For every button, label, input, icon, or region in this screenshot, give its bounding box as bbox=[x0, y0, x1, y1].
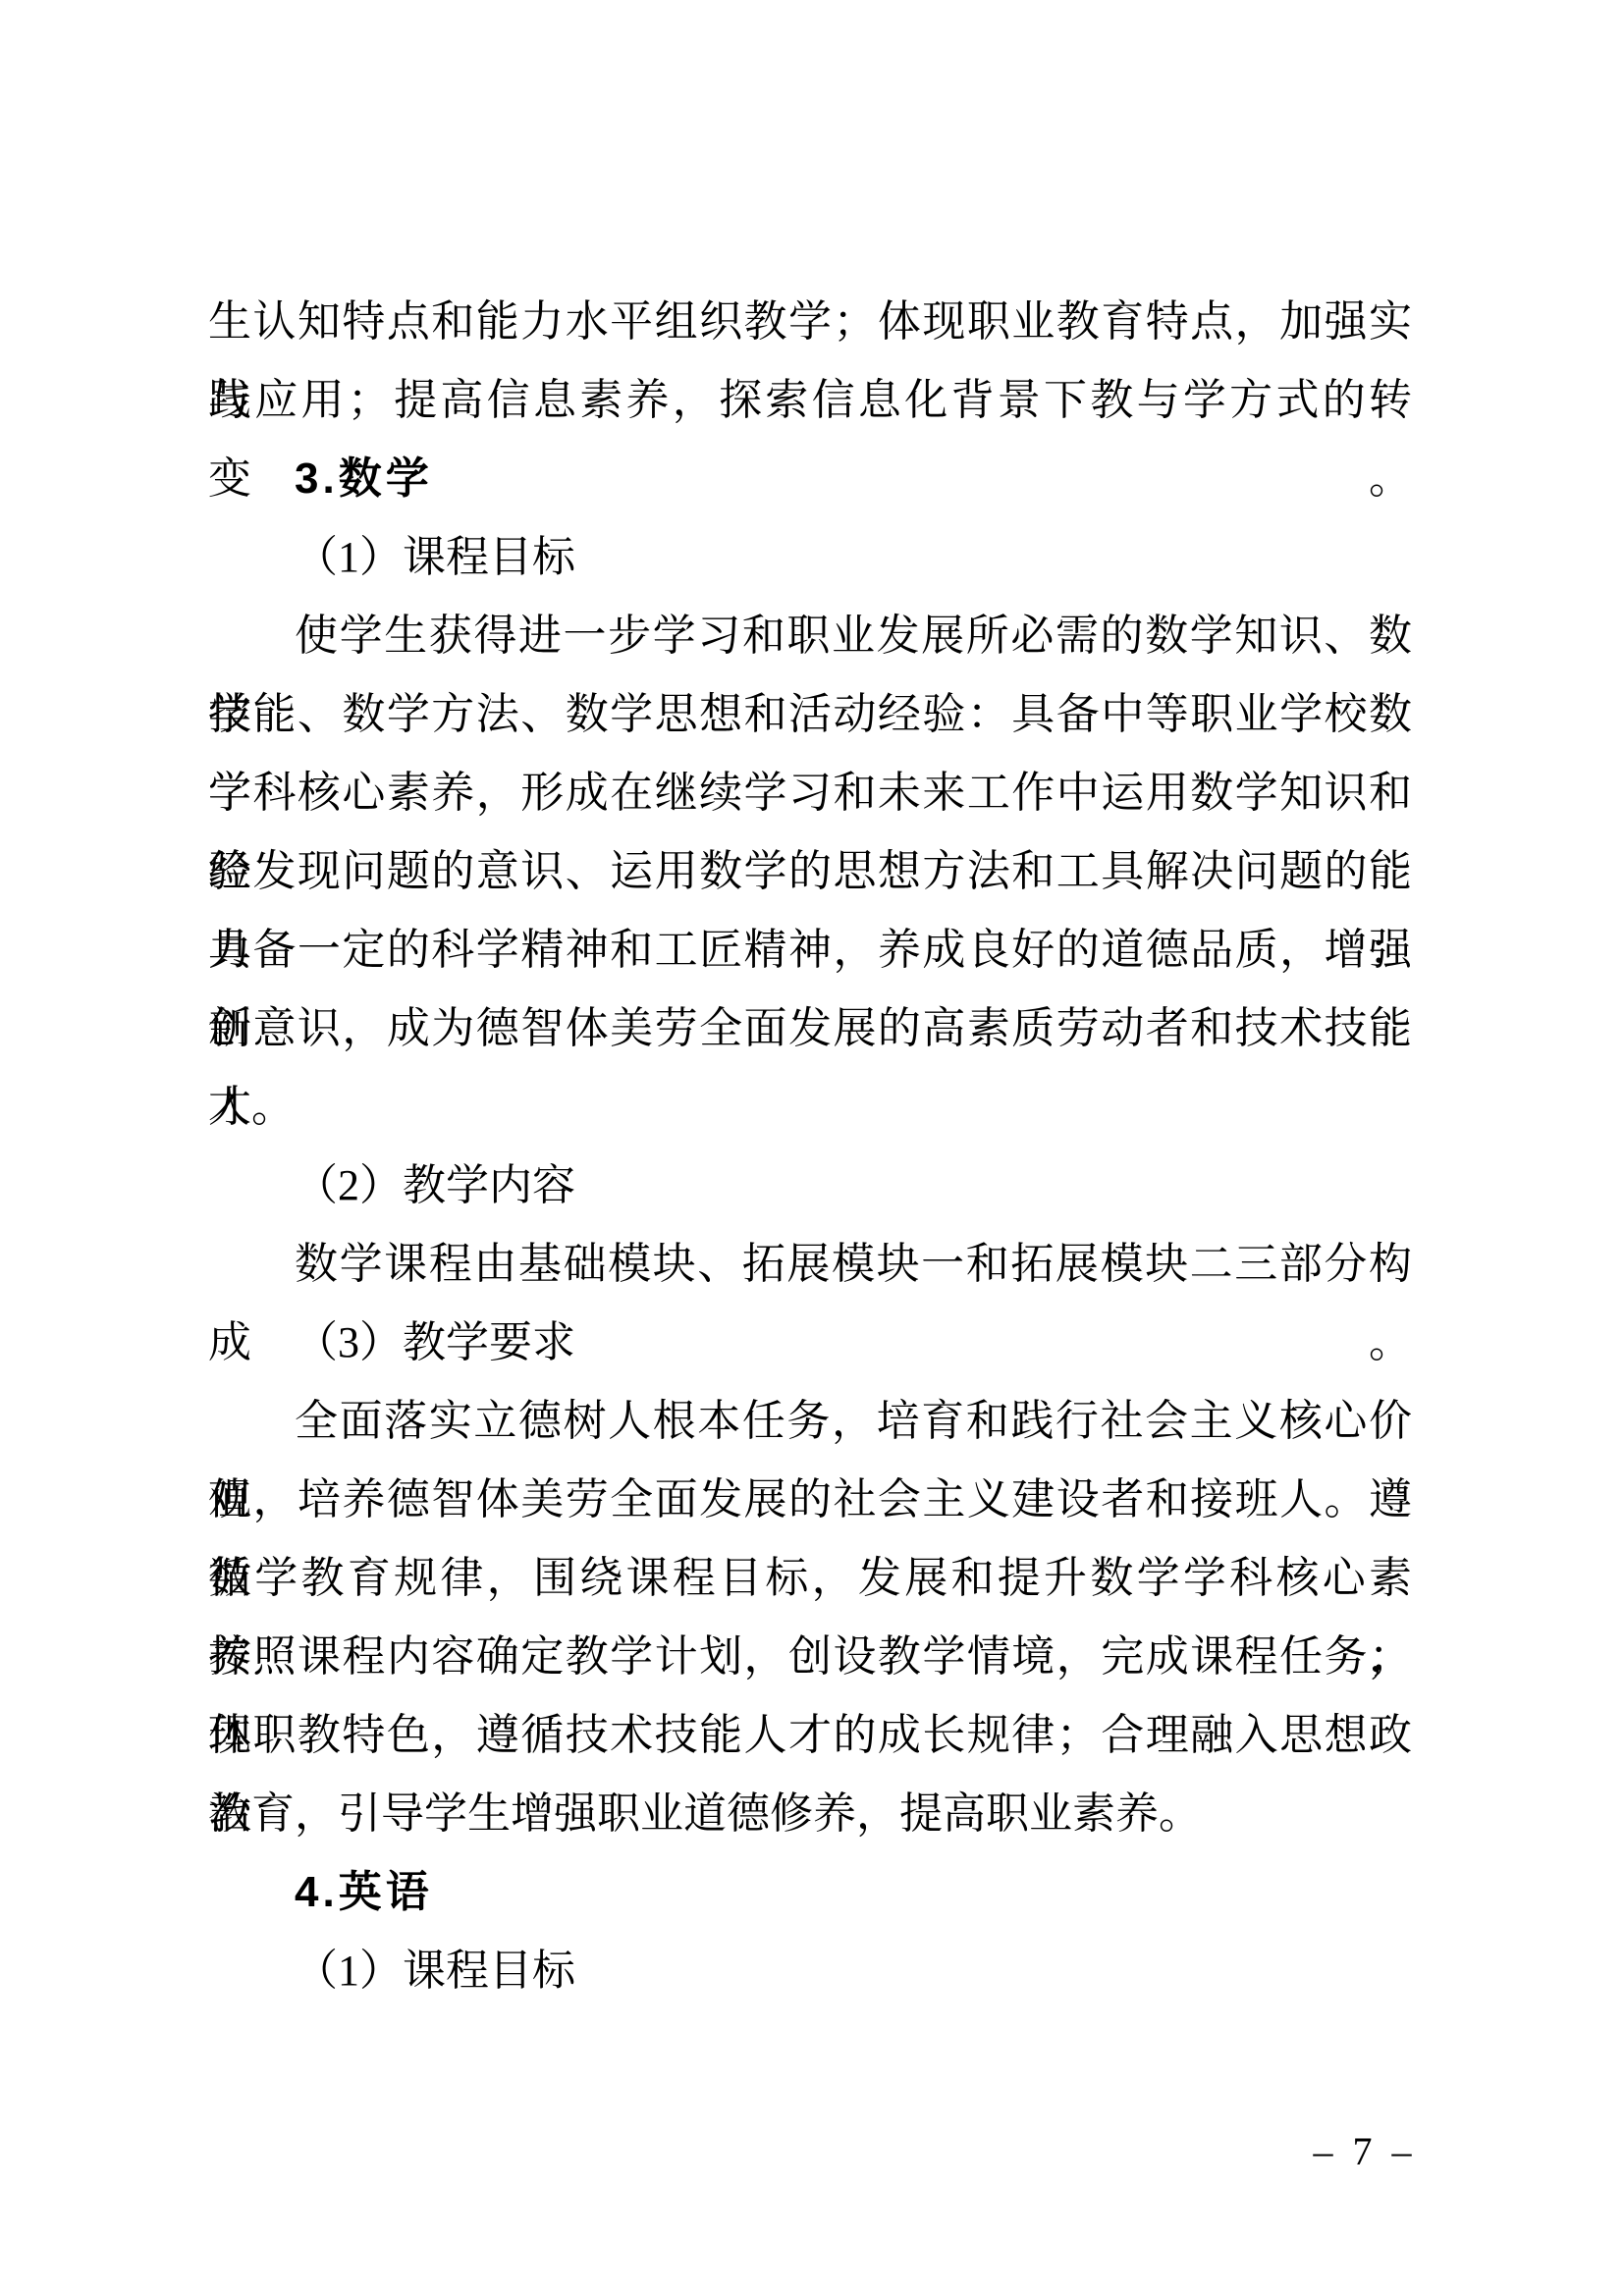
paragraph-line: 数学课程由基础模块、拓展模块一和拓展模块二三部分构成。 bbox=[208, 1225, 1412, 1304]
page-number: – 7 – bbox=[1306, 2128, 1424, 2174]
document-page: 生认知特点和能力水平组织教学；体现职业教育特点，加强实践 与应用；提高信息素养，… bbox=[0, 0, 1624, 2296]
paragraph-line: 具备一定的科学精神和工匠精神，养成良好的道德品质，增强创 bbox=[208, 911, 1412, 989]
paragraph-line: 数学教育规律，围绕课程目标，发展和提升数学学科核心素养， bbox=[208, 1539, 1412, 1618]
section-heading-4-english: 4.英语 bbox=[208, 1853, 1412, 1932]
sub-heading-course-objectives-english: （1）课程目标 bbox=[208, 1932, 1412, 2010]
sub-heading-teaching-content: （2）教学内容 bbox=[208, 1147, 1412, 1225]
paragraph-line: 教育，引导学生增强职业道德修养，提高职业素养。 bbox=[208, 1775, 1412, 1853]
paragraph-line: 全面落实立德树人根本任务，培育和践行社会主义核心价值 bbox=[208, 1382, 1412, 1461]
paragraph-line: 生认知特点和能力水平组织教学；体现职业教育特点，加强实践 bbox=[208, 283, 1412, 361]
paragraph-line: 学科核心素养，形成在继续学习和未来工作中运用数学知识和经 bbox=[208, 754, 1412, 832]
paragraph-line: 按照课程内容确定教学计划，创设教学情境，完成课程任务；体 bbox=[208, 1618, 1412, 1696]
paragraph-line: 验发现问题的意识、运用数学的思想方法和工具解决问题的能力： bbox=[208, 832, 1412, 911]
paragraph-line: 技能、数学方法、数学思想和活动经验：具备中等职业学校数学 bbox=[208, 675, 1412, 754]
sub-heading-course-objectives-math: （1）课程目标 bbox=[208, 518, 1412, 597]
paragraph-line: 新意识，成为德智体美劳全面发展的高素质劳动者和技术技能人 bbox=[208, 989, 1412, 1068]
text-block: 生认知特点和能力水平组织教学；体现职业教育特点，加强实践 与应用；提高信息素养，… bbox=[208, 283, 1412, 2010]
paragraph-line: 现职教特色，遵循技术技能人才的成长规律；合理融入思想政治 bbox=[208, 1696, 1412, 1775]
paragraph-line: 观，培养德智体美劳全面发展的社会主义建设者和接班人。遵循 bbox=[208, 1461, 1412, 1539]
paragraph-line: 使学生获得进一步学习和职业发展所必需的数学知识、数学 bbox=[208, 597, 1412, 675]
paragraph-line: 才。 bbox=[208, 1068, 1412, 1147]
paragraph-line: 与应用；提高信息素养，探索信息化背景下教与学方式的转变。 bbox=[208, 361, 1412, 440]
